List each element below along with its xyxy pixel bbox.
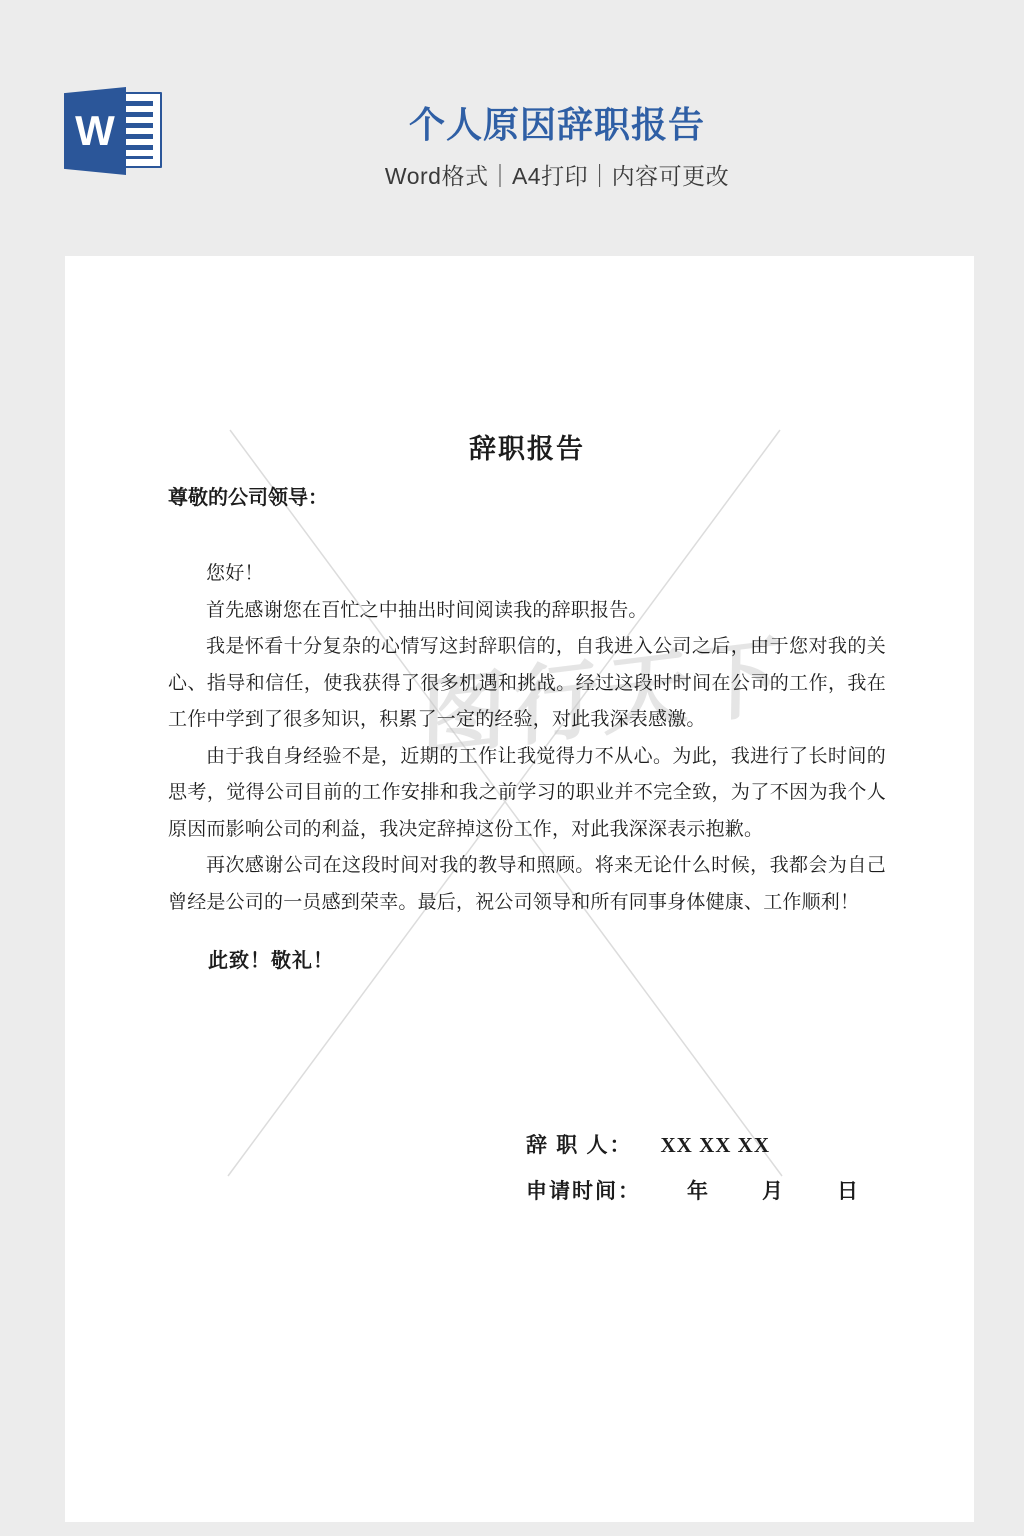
resigner-row: 辞 职 人： XX XX XX <box>526 1133 886 1157</box>
signature-block: 辞 职 人： XX XX XX 申请时间： 年 月 日 <box>526 1133 886 1203</box>
date-month-label: 月 <box>762 1179 783 1203</box>
page-title: 个人原因辞职报告 <box>409 97 705 148</box>
date-day-label: 日 <box>837 1179 858 1203</box>
word-icon-fold: W <box>64 87 126 175</box>
word-icon-letter: W <box>75 110 115 152</box>
letter-closing: 此致！敬礼！ <box>168 947 886 975</box>
date-year-label: 年 <box>687 1179 708 1203</box>
letter-paragraph: 由于我自身经验不是，近期的工作让我觉得力不从心。为此，我进行了长时间的思考，觉得… <box>168 739 886 849</box>
letter-paragraph: 您好！ <box>168 556 886 593</box>
document-page: 图行天下 辞职报告 尊敬的公司领导： 您好！ 首先感谢您在百忙之中抽出时间阅读我… <box>65 256 974 1522</box>
letter-content: 辞职报告 尊敬的公司领导： 您好！ 首先感谢您在百忙之中抽出时间阅读我的辞职报告… <box>65 256 974 1203</box>
date-label: 申请时间： <box>526 1179 641 1203</box>
letter-salutation: 尊敬的公司领导： <box>168 486 886 510</box>
page-subtitle: Word格式｜A4打印｜内容可更改 <box>385 158 729 191</box>
letter-paragraph: 我是怀看十分复杂的心情写这封辞职信的，自我进入公司之后，由于您对我的关心、指导和… <box>168 629 886 739</box>
date-row: 申请时间： 年 月 日 <box>526 1179 886 1203</box>
word-icon: W <box>64 87 164 175</box>
resigner-label: 辞 职 人： <box>526 1133 633 1157</box>
letter-paragraph: 再次感谢公司在这段时间对我的教导和照顾。将来无论什么时候，我都会为自己曾经是公司… <box>168 848 886 921</box>
header: W 个人原因辞职报告 Word格式｜A4打印｜内容可更改 <box>0 0 1024 256</box>
letter-body: 您好！ 首先感谢您在百忙之中抽出时间阅读我的辞职报告。 我是怀看十分复杂的心情写… <box>168 556 886 921</box>
letter-paragraph: 首先感谢您在百忙之中抽出时间阅读我的辞职报告。 <box>168 593 886 630</box>
resigner-value: XX XX XX <box>661 1133 771 1157</box>
letter-title: 辞职报告 <box>168 434 886 464</box>
